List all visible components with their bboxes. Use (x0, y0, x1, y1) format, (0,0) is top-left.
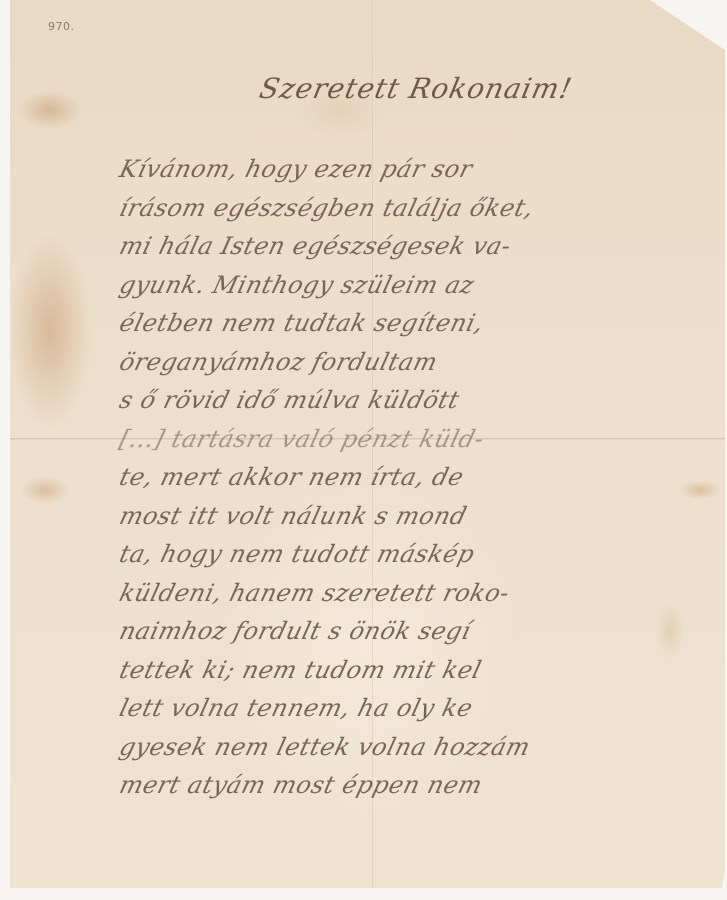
letter-line: s ő rövid idő múlva küldött (115, 381, 665, 420)
letter-line: öreganyámhoz fordultam (115, 343, 665, 382)
letter-line: ta, hogy nem tudott máskép (115, 535, 665, 574)
letter-line: életben nem tudtak segíteni, (115, 304, 665, 343)
salutation: Szeretett Rokonaim! (256, 72, 575, 105)
letter-line: gyunk. Minthogy szüleim az (115, 266, 665, 305)
letter-line: most itt volt nálunk s mond (115, 497, 665, 536)
letter-line: írásom egészségben találja őket, (115, 189, 665, 228)
letter-line: lett volna tennem, ha oly ke (115, 689, 665, 728)
letter-line: küldeni, hanem szeretett roko- (115, 574, 665, 613)
letter-line-faded: [...] tartásra való pénzt küld- (115, 420, 665, 459)
letter-line: Kívánom, hogy ezen pár sor (115, 150, 665, 189)
letter-line: naimhoz fordult s önök segí (115, 612, 665, 651)
letter-paper: 970. Szeretett Rokonaim! Kívánom, hogy e… (10, 0, 725, 888)
letter-line: gyesek nem lettek volna hozzám (115, 728, 665, 767)
letter-line: mi hála Isten egészségesek va- (115, 227, 665, 266)
archive-number: 970. (48, 20, 75, 33)
letter-body: Kívánom, hogy ezen pár sor írásom egészs… (120, 150, 660, 805)
letter-line: te, mert akkor nem írta, de (115, 458, 665, 497)
letter-line: tettek ki; nem tudom mit kel (115, 651, 665, 690)
letter-line: mert atyám most éppen nem (115, 766, 665, 805)
